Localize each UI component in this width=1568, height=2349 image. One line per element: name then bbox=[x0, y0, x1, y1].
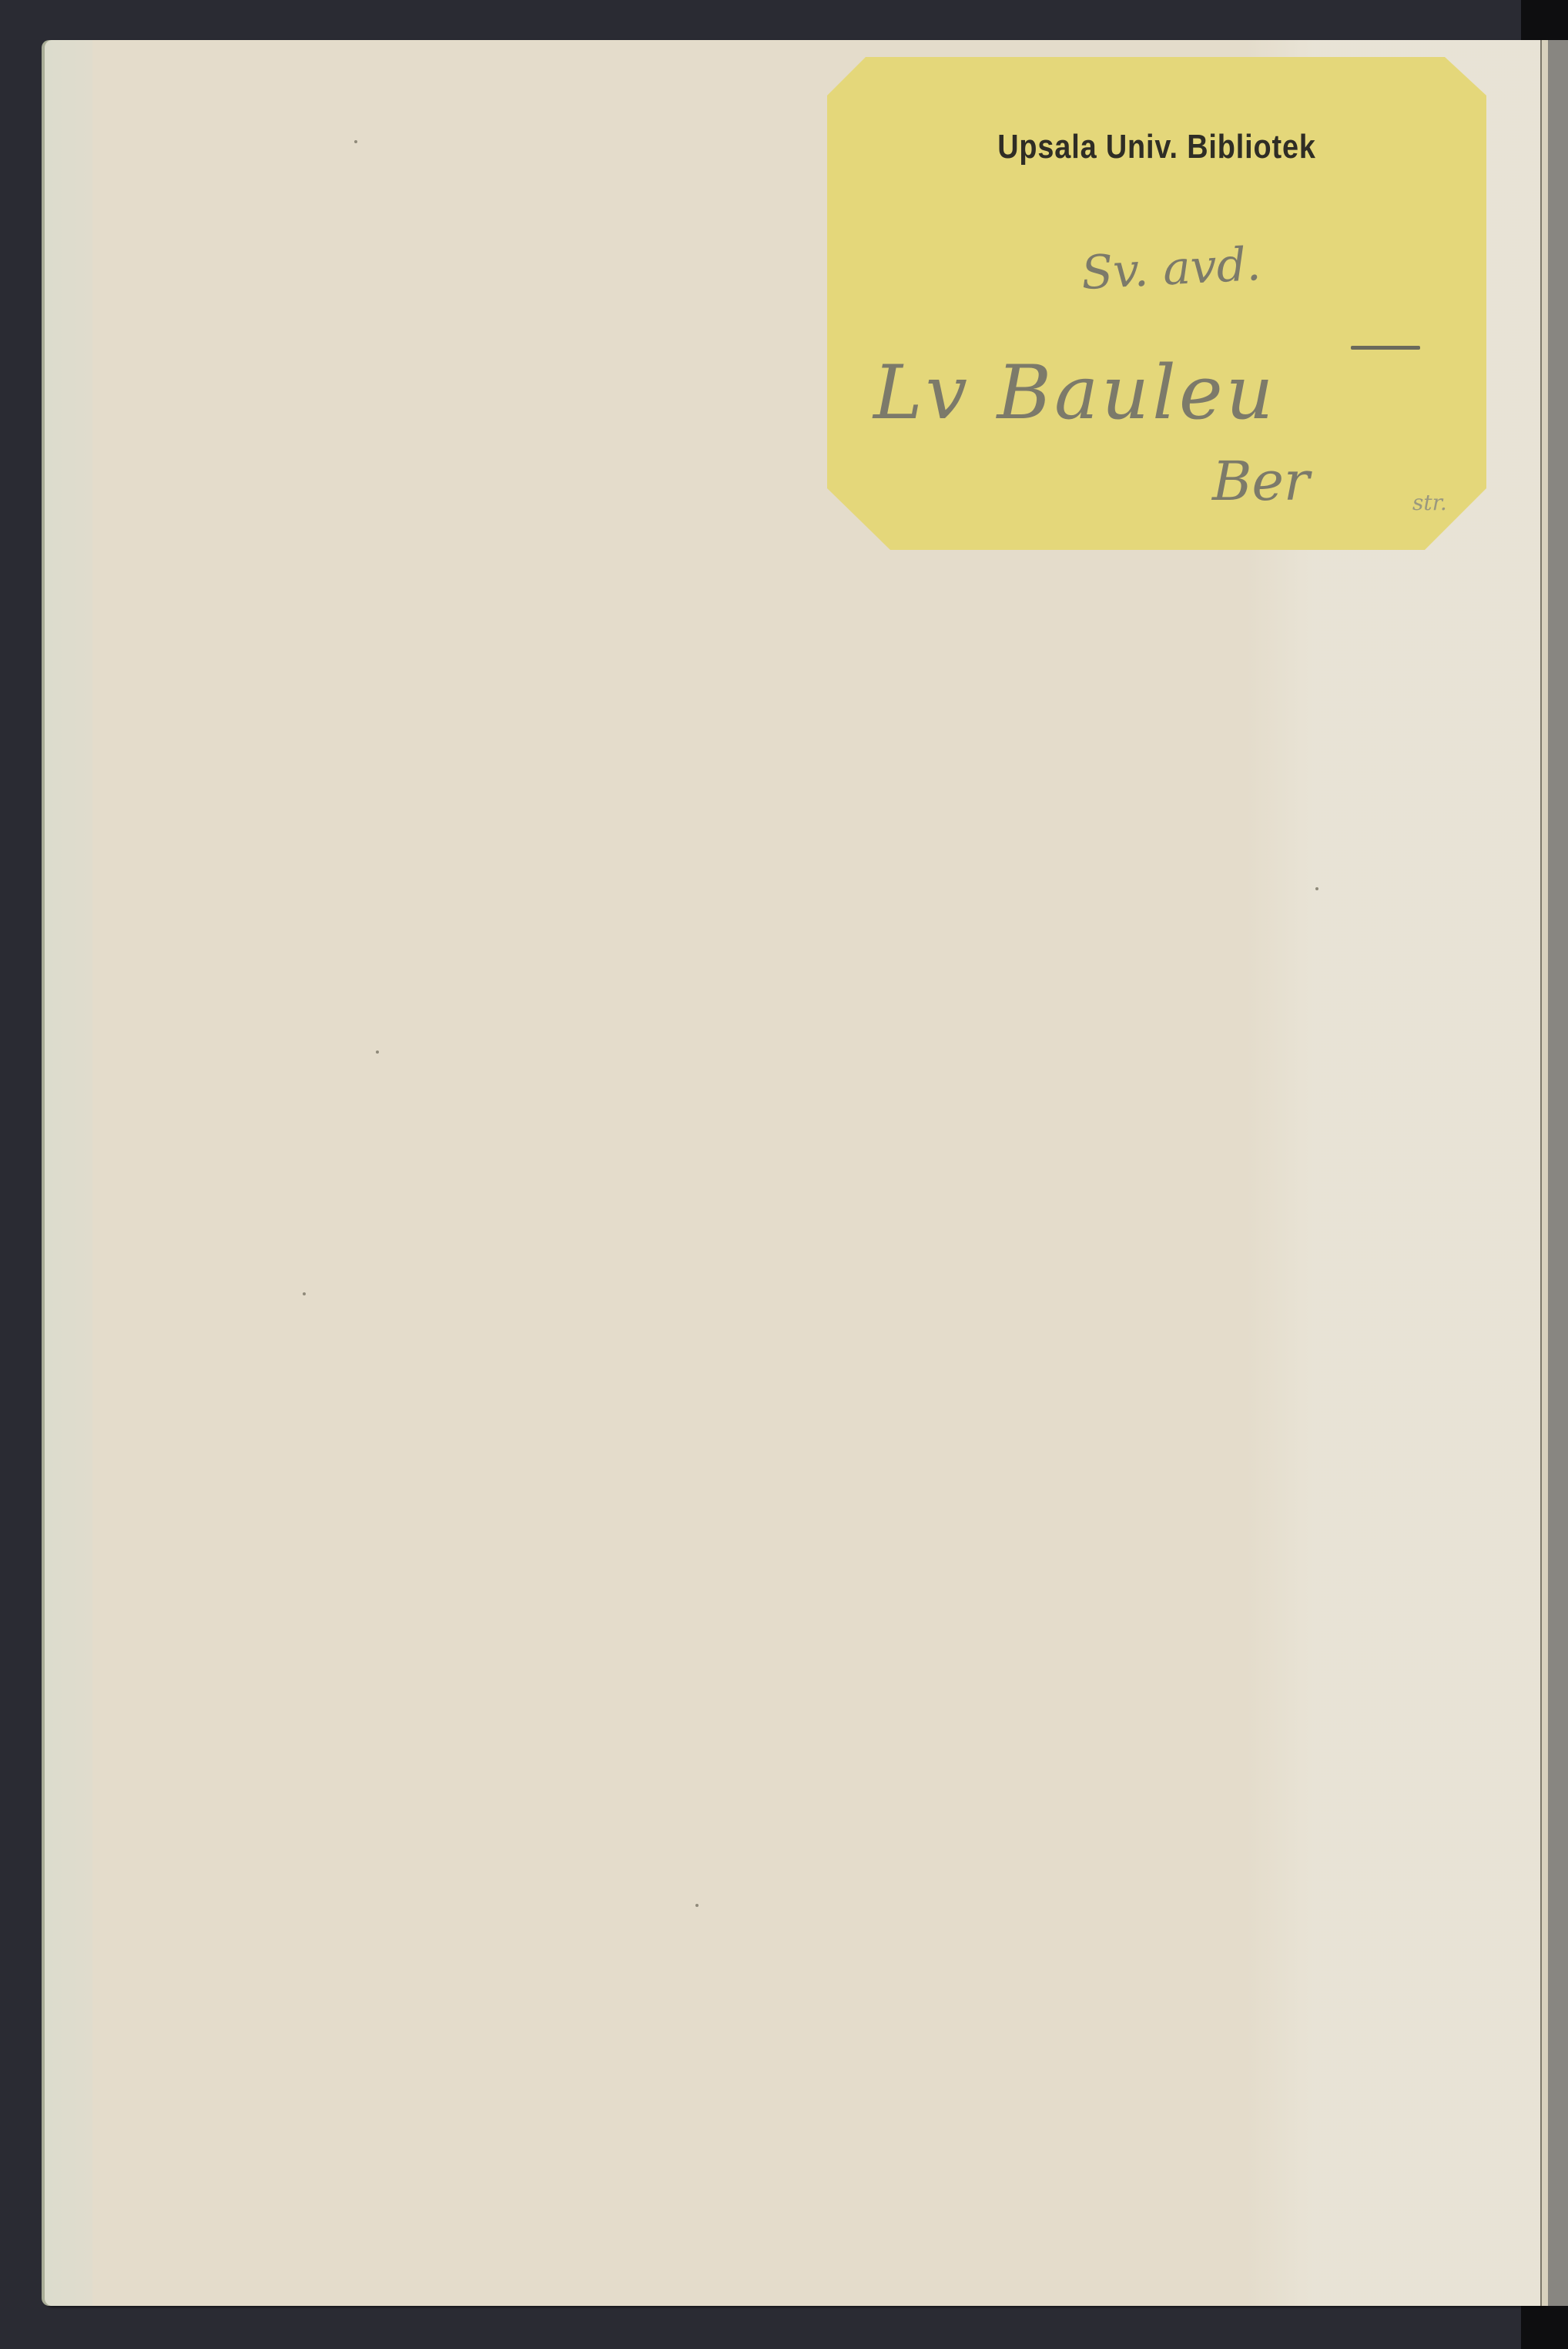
pencil-underline bbox=[1351, 346, 1420, 350]
paper-speck bbox=[303, 1292, 306, 1295]
handwritten-abbrev: str. bbox=[1412, 490, 1447, 515]
paper-speck bbox=[695, 1904, 699, 1907]
handwritten-note: Ber bbox=[1212, 450, 1309, 513]
library-label: Upsala Univ. Bibliotek Sv. avd. Lv Baule… bbox=[827, 57, 1486, 550]
page-edge bbox=[1540, 40, 1548, 2306]
paper-speck bbox=[376, 1051, 379, 1054]
paper-speck bbox=[1315, 887, 1318, 890]
handwritten-shelfmark: Lv Bauleu bbox=[873, 350, 1276, 436]
paper-speck bbox=[354, 140, 357, 143]
label-title: Upsala Univ. Bibliotek bbox=[873, 128, 1440, 166]
handwritten-department: Sv. avd. bbox=[1080, 237, 1262, 300]
